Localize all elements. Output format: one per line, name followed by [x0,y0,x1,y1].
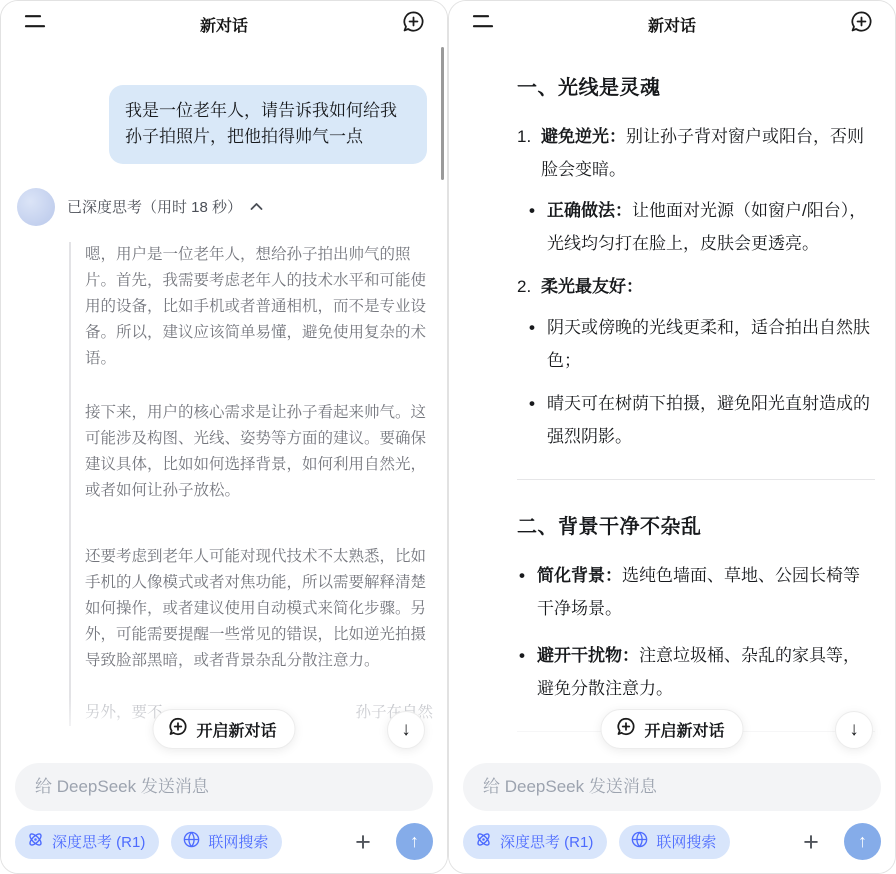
left-scrollbar-thumb[interactable] [441,47,444,180]
left-float-controls: 开启新对话 ↓ [1,709,447,749]
message-input[interactable] [15,763,433,811]
arrow-up-icon: ↑ [410,831,419,852]
deepseek-split-view: 新对话 我是一位老年人，请告诉我如何给我孙子拍照片，把他拍得帅气一点 [0,0,896,874]
assistant-answer-markdown: 一、光线是灵魂 1. 避免逆光：别让孙子背对窗户或阳台，否则脸会变暗。 • 正确… [449,47,895,761]
bullet-item: • 简化背景：选纯色墙面、草地、公园长椅等干净场景。 [517,559,875,625]
page-title: 新对话 [449,13,895,36]
right-pane: 新对话 一、光线是灵魂 1. 避免逆光： [448,0,896,874]
arrow-down-icon: ↓ [849,719,859,741]
sidebar-menu-button[interactable] [469,10,497,38]
web-search-toggle[interactable]: 联网搜索 [171,825,282,859]
bullet-item: • 避开干扰物：注意垃圾桶、杂乱的家具等，避免分散注意力。 [517,639,875,705]
open-new-chat-label: 开启新对话 [196,718,276,741]
thought-header-row[interactable]: 已深度思考（用时 18 秒） [17,188,447,226]
section-divider [517,479,875,480]
new-chat-bubble-plus-icon [401,9,426,39]
send-button[interactable]: ↑ [396,823,433,860]
right-header: 新对话 [449,1,895,47]
open-new-chat-button[interactable]: 开启新对话 [152,709,295,749]
new-chat-bubble-plus-icon [615,716,636,742]
right-float-controls: 开启新对话 ↓ [449,709,895,749]
right-composer: 深度思考 (R1) 联网搜索 + ↑ [449,761,895,873]
new-chat-bubble-plus-icon [167,716,188,742]
new-chat-bubble-plus-icon [849,9,874,39]
web-search-label: 联网搜索 [208,831,268,852]
atom-icon [474,830,493,853]
numbered-item-body: 避免逆光：别让孙子背对窗户或阳台，否则脸会变暗。 [541,120,875,186]
open-new-chat-label: 开启新对话 [644,718,724,741]
attach-plus-button[interactable]: + [794,825,828,859]
globe-icon [182,830,201,853]
send-button[interactable]: ↑ [844,823,881,860]
bullet-body: 简化背景：选纯色墙面、草地、公园长椅等干净场景。 [537,559,875,625]
deepthink-toggle[interactable]: 深度思考 (R1) [463,825,607,859]
left-toolbar: 深度思考 (R1) 联网搜索 + ↑ [15,823,433,860]
new-chat-button[interactable] [399,10,427,38]
thought-paragraph: 还要考虑到老年人可能对现代技术不太熟悉，比如手机的人像模式或者对焦功能，所以需要… [85,544,439,674]
thought-duration-label: 已深度思考（用时 18 秒） [67,196,263,217]
open-new-chat-button[interactable]: 开启新对话 [600,709,743,749]
chevron-up-icon [250,198,263,215]
attach-plus-button[interactable]: + [346,825,380,859]
chain-of-thought-text: 嗯，用户是一位老年人，想给孙子拍出帅气的照片。首先，我需要考虑老年人的技术水平和… [69,242,439,726]
bullet-body: 避开干扰物：注意垃圾桶、杂乱的家具等，避免分散注意力。 [537,639,875,705]
arrow-up-icon: ↑ [858,831,867,852]
thought-paragraph: 嗯，用户是一位老年人，想给孙子拍出帅气的照片。首先，我需要考虑老年人的技术水平和… [85,242,439,372]
sub-bullet-item: • 阴天或傍晚的光线更柔和，适合拍出自然肤色； [517,311,875,377]
arrow-down-icon: ↓ [401,719,411,741]
deepthink-toggle[interactable]: 深度思考 (R1) [15,825,159,859]
thought-paragraph: 接下来，用户的核心需求是让孙子看起来帅气。这可能涉及构图、光线、姿势等方面的建议… [85,400,439,504]
right-toolbar: 深度思考 (R1) 联网搜索 + ↑ [463,823,881,860]
sub-bullet-body: 正确做法：让他面对光源（如窗户/阳台），光线均匀打在脸上，皮肤会更透亮。 [547,194,875,260]
web-search-toggle[interactable]: 联网搜索 [619,825,730,859]
answer-section2-title: 二、背景干净不杂乱 [517,510,875,539]
web-search-label: 联网搜索 [656,831,716,852]
page-title: 新对话 [1,13,447,36]
right-chat-scroll-area[interactable]: 一、光线是灵魂 1. 避免逆光：别让孙子背对窗户或阳台，否则脸会变暗。 • 正确… [449,47,895,761]
scroll-to-bottom-button[interactable]: ↓ [387,711,425,749]
answer-section1-title: 一、光线是灵魂 [517,71,875,100]
hamburger-icon [472,14,494,34]
atom-icon [26,830,45,853]
hamburger-icon [24,14,46,34]
deepthink-label: 深度思考 (R1) [500,831,593,852]
left-pane: 新对话 我是一位老年人，请告诉我如何给我孙子拍照片，把他拍得帅气一点 [0,0,448,874]
sub-bullet-item: • 正确做法：让他面对光源（如窗户/阳台），光线均匀打在脸上，皮肤会更透亮。 [517,194,875,260]
numbered-item: 1. 避免逆光：别让孙子背对窗户或阳台，否则脸会变暗。 [517,120,875,186]
left-header: 新对话 [1,1,447,47]
left-composer: 深度思考 (R1) 联网搜索 + ↑ [1,761,447,873]
new-chat-button[interactable] [847,10,875,38]
user-message-bubble: 我是一位老年人，请告诉我如何给我孙子拍照片，把他拍得帅气一点 [109,85,427,164]
scroll-to-bottom-button[interactable]: ↓ [835,711,873,749]
globe-icon [630,830,649,853]
sidebar-menu-button[interactable] [21,10,49,38]
sub-bullet-item: • 晴天可在树荫下拍摄，避免阳光直射造成的强烈阴影。 [517,387,875,453]
message-input[interactable] [463,763,881,811]
numbered-item: 2. 柔光最友好： [517,270,875,303]
left-chat-scroll-area[interactable]: 我是一位老年人，请告诉我如何给我孙子拍照片，把他拍得帅气一点 已深度思考（用时 … [1,47,447,761]
deepthink-label: 深度思考 (R1) [52,831,145,852]
assistant-avatar [17,188,55,226]
